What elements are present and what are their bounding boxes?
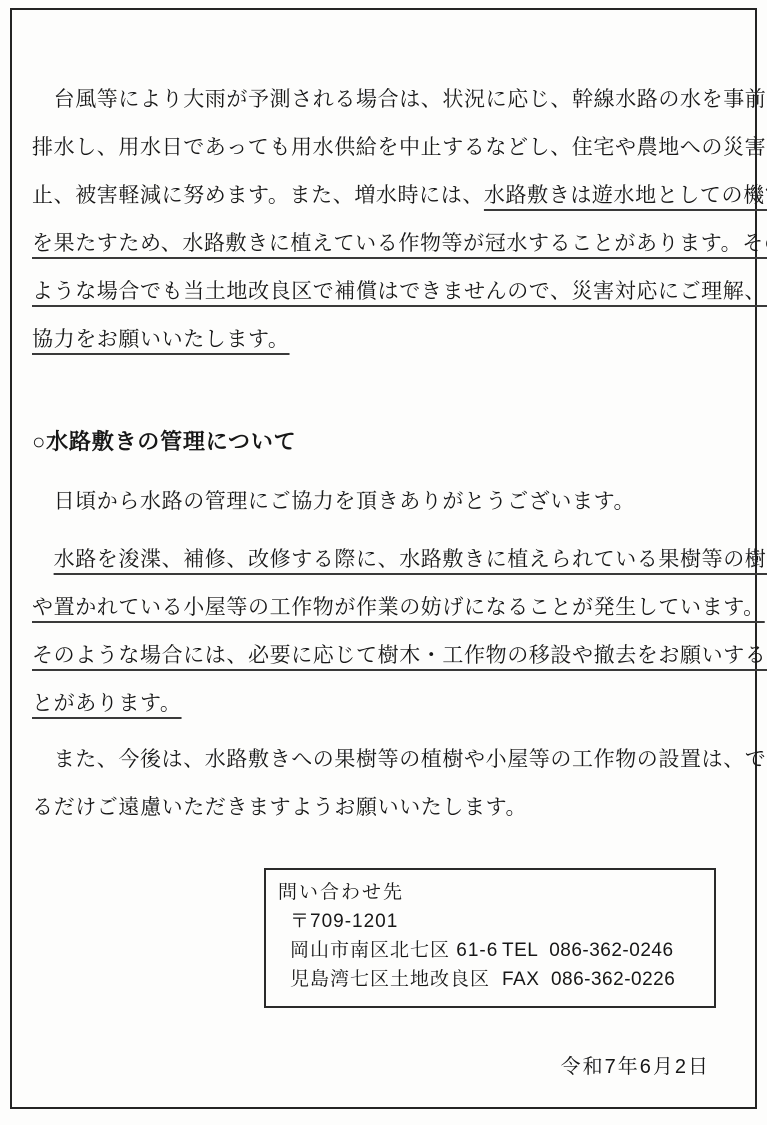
paragraph-line: 止、被害軽減に努めます。また、増水時には、水路敷きは遊水地としての機能 <box>32 172 737 220</box>
address-text: 岡山市南区北七区 61-6 <box>290 936 502 965</box>
paragraph-line: を果たすため、水路敷きに植えている作物等が冠水することがあります。その <box>32 220 737 268</box>
date-text: 令和7年6月2日 <box>561 1056 710 1078</box>
underlined-text: 水路敷きは遊水地としての機能 <box>484 184 767 207</box>
body-text: 排水し、用水日であっても用水供給を中止するなどし、住宅や農地への災害防 <box>32 136 767 159</box>
section-heading-waterway-management: ○水路敷きの管理について <box>32 418 737 466</box>
document-date: 令和7年6月2日 <box>32 1052 737 1082</box>
underlined-text: や置かれている小屋等の工作物が作業の妨げになることが発生しています。 <box>32 596 765 619</box>
page-border: 台風等により大雨が予測される場合は、状況に応じ、幹線水路の水を事前に 排水し、用… <box>10 8 757 1109</box>
underlined-text: を果たすため、水路敷きに植えている作物等が冠水することがあります。その <box>32 232 767 255</box>
tel-number: TEL 086-362-0246 <box>502 936 674 965</box>
body-text: 日頃から水路の管理にご協力を頂きありがとうございます。 <box>32 490 635 513</box>
paragraph-line: 日頃から水路の管理にご協力を頂きありがとうございます。 <box>32 478 737 526</box>
paragraph-thanks: 日頃から水路の管理にご協力を頂きありがとうございます。 <box>32 478 737 526</box>
organization-name: 児島湾七区土地改良区 <box>290 965 502 994</box>
paragraph-dredging: 水路を浚渫、補修、改修する際に、水路敷きに植えられている果樹等の樹木 や置かれて… <box>32 536 737 728</box>
paragraph-line: とがあります。 <box>32 680 737 728</box>
paragraph-line: るだけご遠慮いただきますようお願いいたします。 <box>32 784 737 832</box>
paragraph-typhoon: 台風等により大雨が予測される場合は、状況に応じ、幹線水路の水を事前に 排水し、用… <box>32 76 737 364</box>
body-text: 止、被害軽減に努めます。また、増水時には、 <box>32 184 484 207</box>
body-text: 台風等により大雨が予測される場合は、状況に応じ、幹線水路の水を事前に <box>32 88 767 111</box>
paragraph-line: また、今後は、水路敷きへの果樹等の植樹や小屋等の工作物の設置は、でき <box>32 736 737 784</box>
paragraph-line: 台風等により大雨が予測される場合は、状況に応じ、幹線水路の水を事前に <box>32 76 737 124</box>
paragraph-line: 水路を浚渫、補修、改修する際に、水路敷きに植えられている果樹等の樹木 <box>32 536 737 584</box>
indent-space <box>32 548 54 571</box>
postal-code-text: 〒709-1201 <box>290 907 398 936</box>
paragraph-line: そのような場合には、必要に応じて樹木・工作物の移設や撤去をお願いするこ <box>32 632 737 680</box>
body-text: また、今後は、水路敷きへの果樹等の植樹や小屋等の工作物の設置は、でき <box>32 748 767 771</box>
contact-org-row: 児島湾七区土地改良区FAX 086-362-0226 <box>278 965 702 994</box>
contact-info-box: 問い合わせ先 〒709-1201 岡山市南区北七区 61-6TEL 086-36… <box>264 868 716 1008</box>
contact-title-text: 問い合わせ先 <box>278 878 404 907</box>
paragraph-line: ような場合でも当土地改良区で補償はできませんので、災害対応にご理解、ご <box>32 268 737 316</box>
contact-postal-code: 〒709-1201 <box>278 907 702 936</box>
paragraph-line: 排水し、用水日であっても用水供給を中止するなどし、住宅や農地への災害防 <box>32 124 737 172</box>
underlined-text: とがあります。 <box>32 692 182 715</box>
contact-address-row: 岡山市南区北七区 61-6TEL 086-362-0246 <box>278 936 702 965</box>
scanned-document: 台風等により大雨が予測される場合は、状況に応じ、幹線水路の水を事前に 排水し、用… <box>0 0 767 1125</box>
paragraph-line: 協力をお願いいたします。 <box>32 316 737 364</box>
underlined-text: 協力をお願いいたします。 <box>32 328 290 351</box>
fax-number: FAX 086-362-0226 <box>502 965 675 994</box>
underlined-text: ような場合でも当土地改良区で補償はできませんので、災害対応にご理解、ご <box>32 280 767 303</box>
paragraph-line: や置かれている小屋等の工作物が作業の妨げになることが発生しています。 <box>32 584 737 632</box>
body-text: るだけご遠慮いただきますようお願いいたします。 <box>32 796 527 819</box>
underlined-text: そのような場合には、必要に応じて樹木・工作物の移設や撤去をお願いするこ <box>32 644 767 667</box>
paragraph-future-request: また、今後は、水路敷きへの果樹等の植樹や小屋等の工作物の設置は、でき るだけご遠… <box>32 736 737 832</box>
underlined-text: 水路を浚渫、補修、改修する際に、水路敷きに植えられている果樹等の樹木 <box>54 548 767 571</box>
contact-title: 問い合わせ先 <box>278 878 702 907</box>
